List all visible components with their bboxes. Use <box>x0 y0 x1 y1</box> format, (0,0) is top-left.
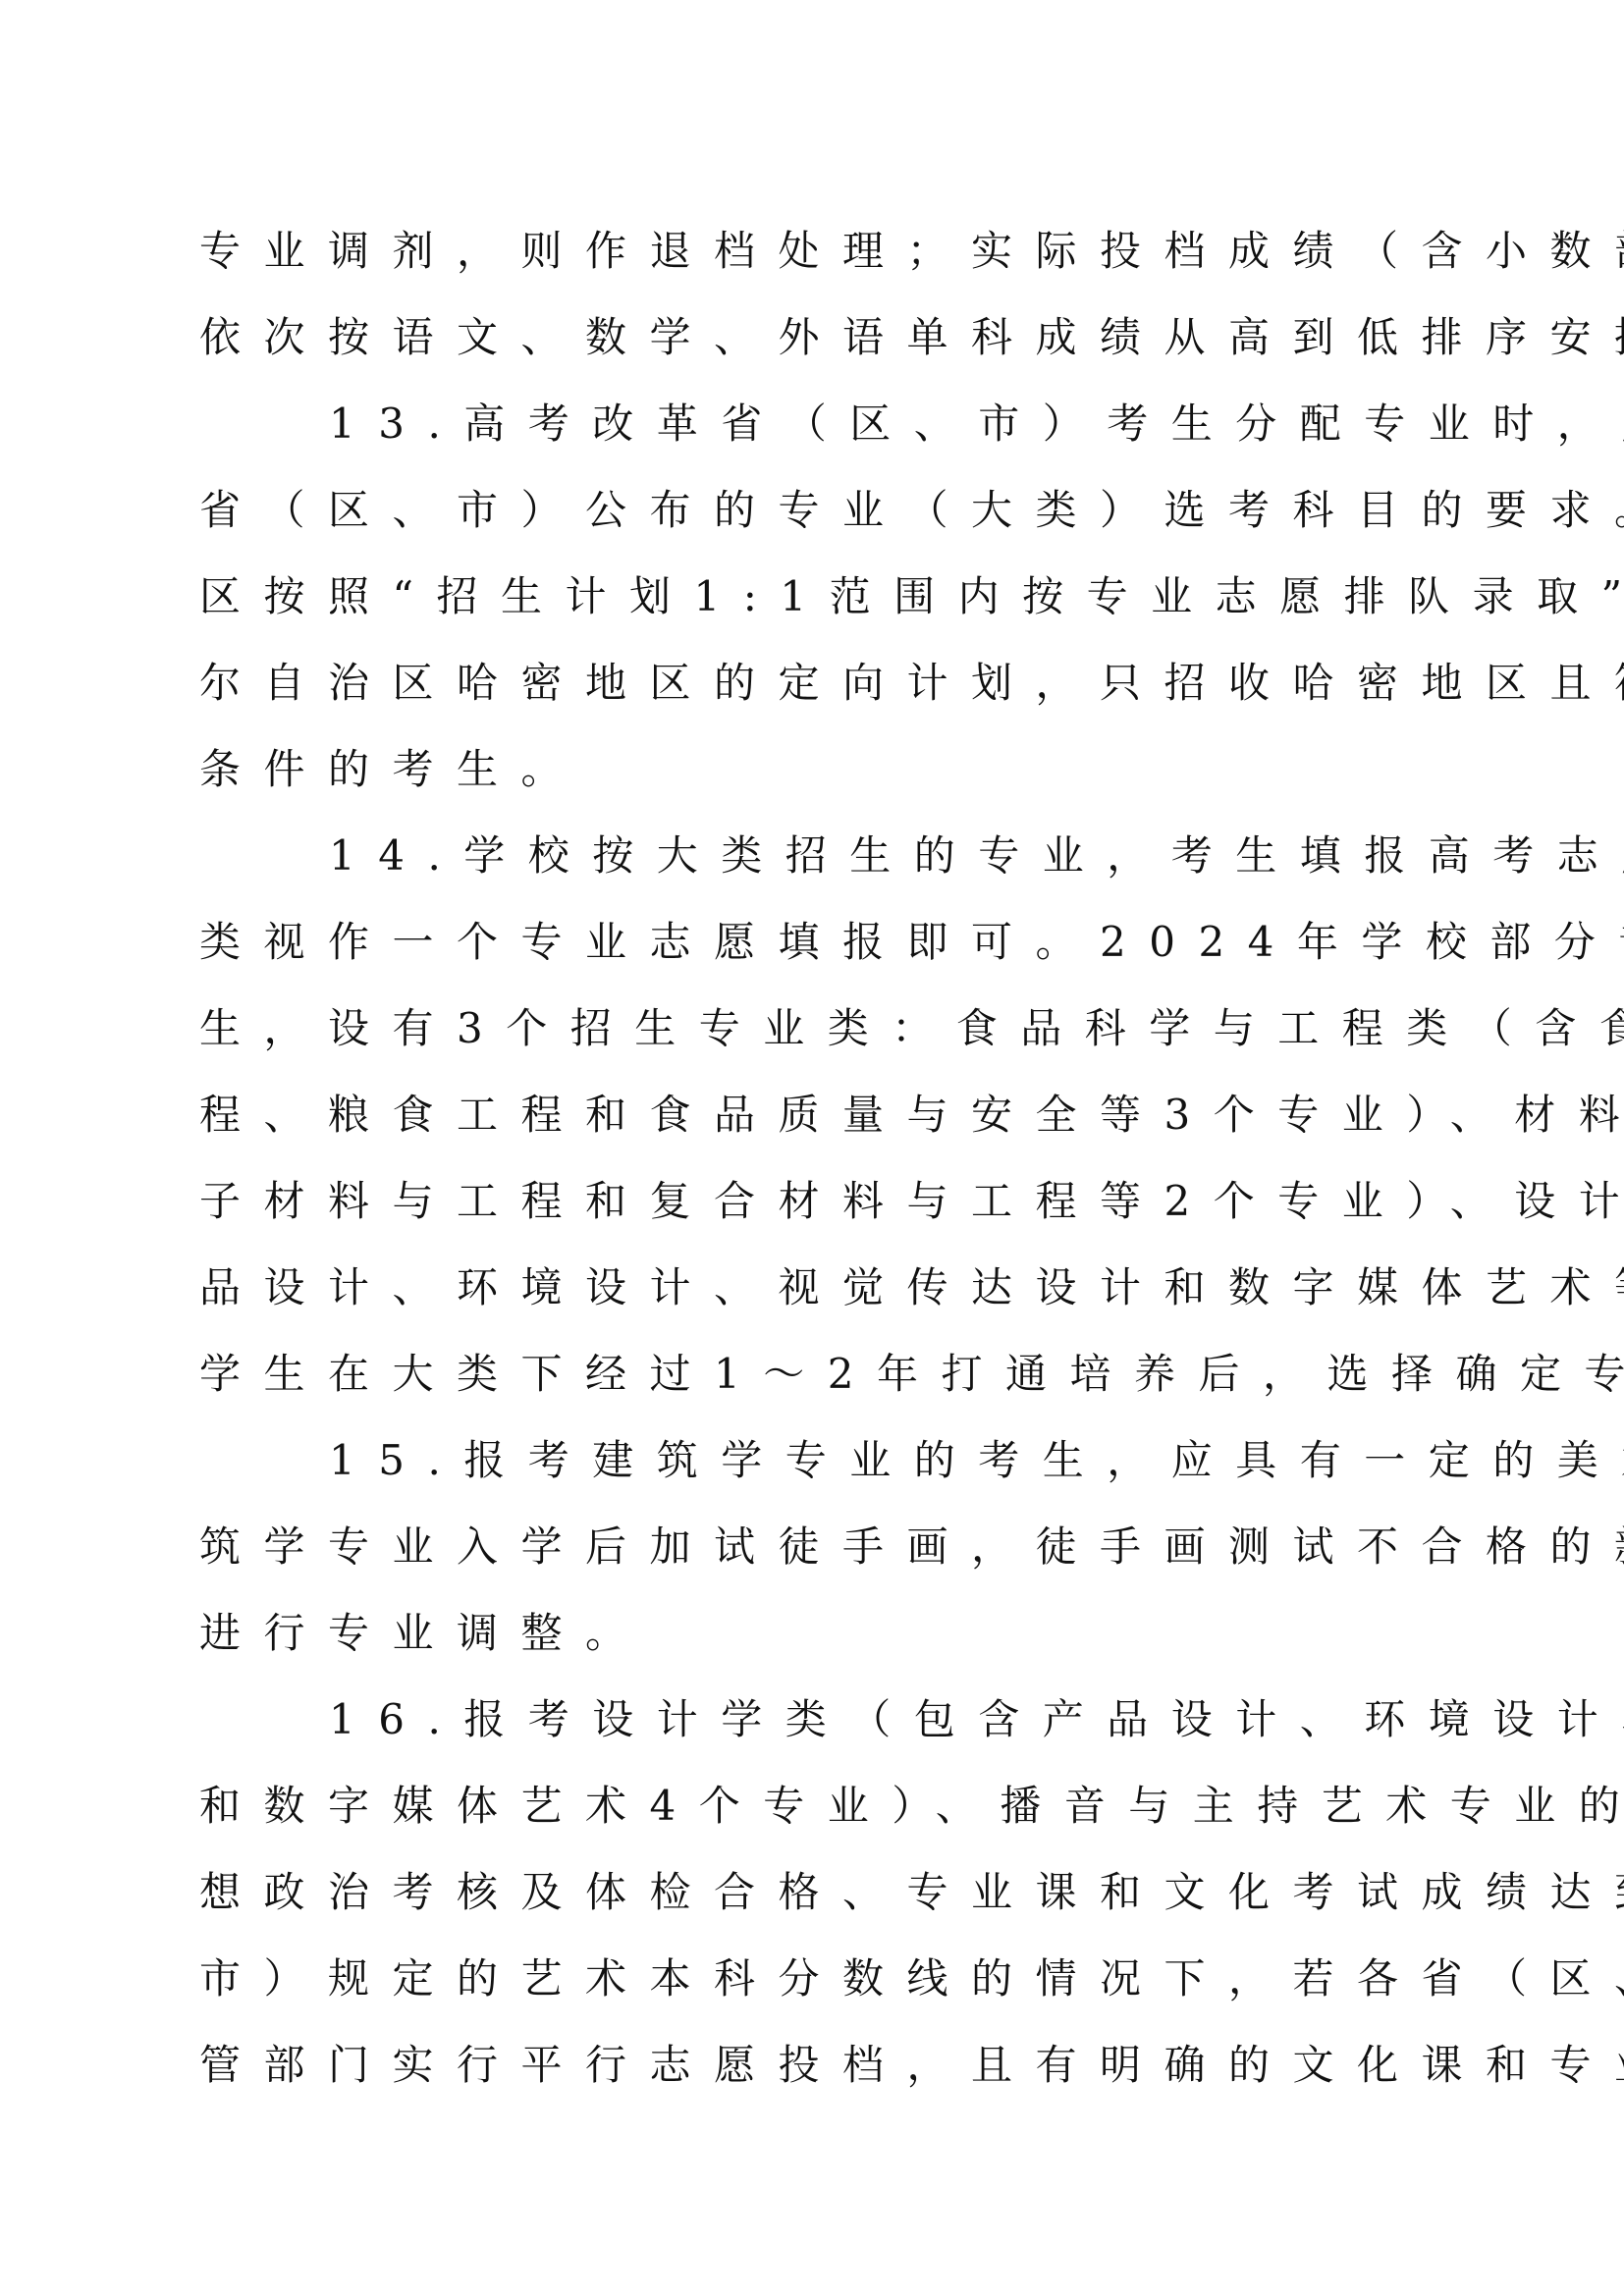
text-line: 16.报考设计学类（包含产品设计、环境设计、视觉传达设计 <box>199 1677 1438 1763</box>
paragraph-continuation: 专业调剂，则作退档处理；实际投档成绩（含小数部分）相同时， 依次按语文、数学、外… <box>199 208 1438 381</box>
text-line: 和数字媒体艺术4个专业）、播音与主持艺术专业的考生，在思 <box>199 1763 1438 1849</box>
text-line: 专业调剂，则作退档处理；实际投档成绩（含小数部分）相同时， <box>199 208 1438 294</box>
text-line: 学生在大类下经过1～2年打通培养后，选择确定专业方向。 <box>199 1331 1438 1417</box>
text-line: 品设计、环境设计、视觉传达设计和数字媒体艺术等4个专业）， <box>199 1245 1438 1331</box>
text-line: 程、粮食工程和食品质量与安全等3个专业）、材料类（含高分 <box>199 1072 1438 1158</box>
text-line: 筑学专业入学后加试徒手画，徒手画测试不合格的新生，将对其 <box>199 1504 1438 1590</box>
text-line: 省（区、市）公布的专业（大类）选考科目的要求。内蒙古自治 <box>199 467 1438 554</box>
text-line: 生，设有3个招生专业类：食品科学与工程类（含食品科学与工 <box>199 986 1438 1072</box>
text-line: 类视作一个专业志愿填报即可。2024年学校部分专业实施大类招 <box>199 899 1438 986</box>
text-line: 依次按语文、数学、外语单科成绩从高到低排序安排专业。 <box>199 294 1438 381</box>
text-line: 区按照“招生计划1:1范围内按专业志愿排队录取”。新疆维吾 <box>199 554 1438 640</box>
document-page: 专业调剂，则作退档处理；实际投档成绩（含小数部分）相同时， 依次按语文、数学、外… <box>199 208 1438 2109</box>
paragraph-item-15: 15.报考建筑学专业的考生，应具有一定的美术绘画基础，建 筑学专业入学后加试徒手… <box>199 1417 1438 1677</box>
text-line: 15.报考建筑学专业的考生，应具有一定的美术绘画基础，建 <box>199 1417 1438 1504</box>
paragraph-item-14: 14.学校按大类招生的专业，考生填报高考志愿时，将招生大 类视作一个专业志愿填报… <box>199 813 1438 1417</box>
paragraph-item-13: 13.高考改革省（区、市）考生分配专业时，应符合学校在各 省（区、市）公布的专业… <box>199 381 1438 813</box>
text-line: 管部门实行平行志愿投档，且有明确的文化课和专业课所占比例 <box>199 2022 1438 2109</box>
text-line: 子材料与工程和复合材料与工程等2个专业）、设计学类（含产 <box>199 1158 1438 1245</box>
text-line: 条件的考生。 <box>199 726 1438 813</box>
text-line: 市）规定的艺术本科分数线的情况下，若各省（区、市）招生主 <box>199 1936 1438 2022</box>
text-line: 13.高考改革省（区、市）考生分配专业时，应符合学校在各 <box>199 381 1438 467</box>
text-line: 14.学校按大类招生的专业，考生填报高考志愿时，将招生大 <box>199 813 1438 899</box>
paragraph-item-16: 16.报考设计学类（包含产品设计、环境设计、视觉传达设计 和数字媒体艺术4个专业… <box>199 1677 1438 2109</box>
text-line: 进行专业调整。 <box>199 1590 1438 1677</box>
text-line: 尔自治区哈密地区的定向计划，只招收哈密地区且符合定向培养 <box>199 640 1438 726</box>
text-line: 想政治考核及体检合格、专业课和文化考试成绩达到各省（区、 <box>199 1849 1438 1936</box>
